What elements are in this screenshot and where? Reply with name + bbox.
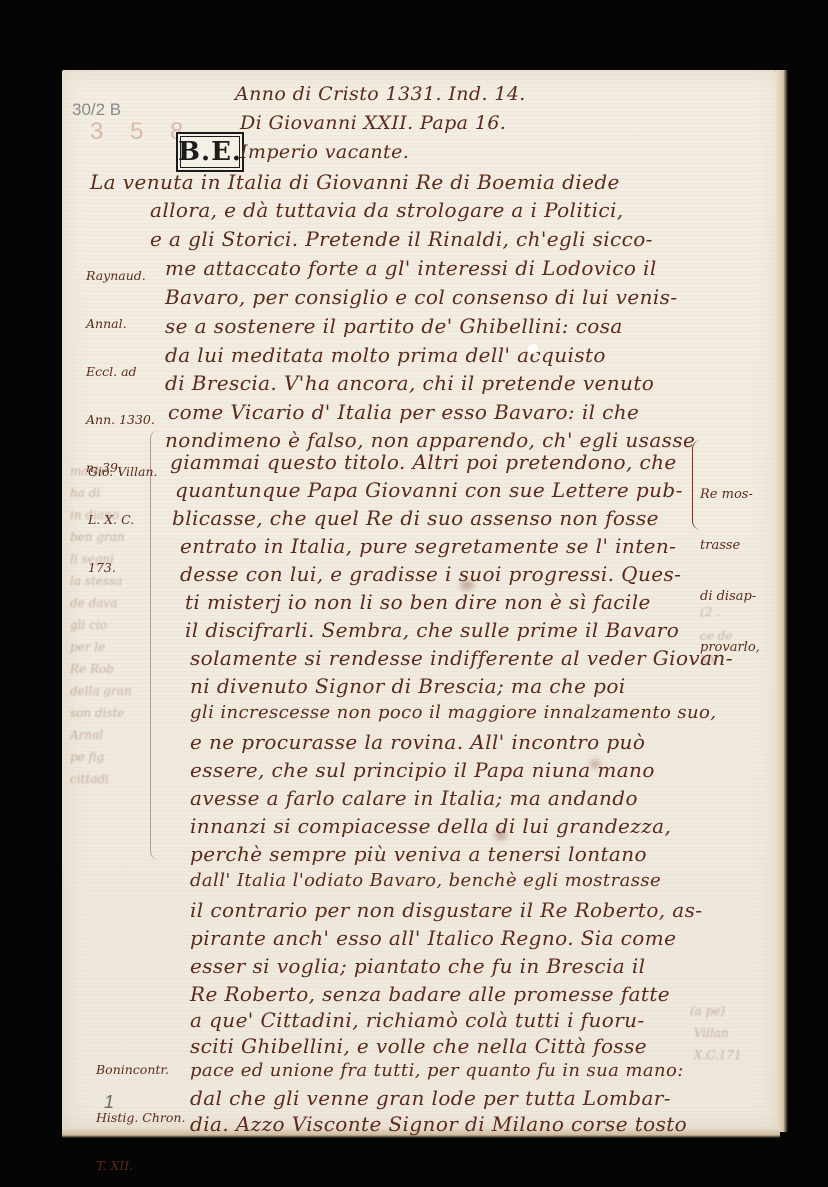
margin-note-line: Re mos- — [700, 486, 760, 503]
ink-blot — [590, 760, 600, 768]
body-line: innanzi si compiacesse della di lui gran… — [190, 814, 671, 838]
body-line: sciti Ghibellini, e volle che nella Citt… — [190, 1034, 647, 1058]
margin-note-line: provarlo, — [700, 639, 760, 656]
page-deckle-edge-right — [776, 70, 788, 1132]
body-line: ni divenuto Signor di Brescia; ma che po… — [190, 674, 626, 698]
body-line: desse con lui, e gradisse i suoi progres… — [180, 562, 681, 586]
body-line: e ne procurasse la rovina. All' incontro… — [190, 730, 645, 754]
margin-note-villani: Gio. Villan. L. X. C. 173. — [88, 432, 158, 592]
body-line: entrato in Italia, pure segretamente se … — [180, 534, 676, 558]
body-line: allora, e dà tuttavia da strologare a i … — [150, 198, 624, 222]
library-stamp: B.E. — [176, 132, 244, 172]
margin-note-line: Gio. Villan. — [88, 464, 158, 480]
body-line: se a sostenere il partito de' Ghibellini… — [165, 314, 623, 338]
body-line: da lui meditata molto prima dell' acquis… — [165, 343, 606, 367]
body-line: La venuta in Italia di Giovanni Re di Bo… — [90, 170, 620, 194]
margin-note-line: Annal. — [86, 316, 155, 332]
body-line: dia. Azzo Visconte Signor di Milano cors… — [190, 1112, 687, 1136]
body-line: a que' Cittadini, richiamò colà tutti i … — [190, 1008, 645, 1032]
margin-note-line: 173. — [88, 560, 158, 576]
body-line: essere, che sul principio il Papa niuna … — [190, 758, 655, 782]
bleed-through-bottom-right: (a pe) Villan X.C.171 — [690, 1000, 742, 1066]
folio-number: 1 — [104, 1092, 114, 1113]
margin-note-line: Bonincontr. — [96, 1062, 185, 1078]
header-pope: Di Giovanni XXII. Papa 16. — [240, 112, 506, 134]
margin-note-line: T. XII. — [96, 1158, 185, 1174]
body-line: blicasse, che quel Re di suo assenso non… — [172, 506, 659, 530]
margin-note-line: Eccl. ad — [86, 364, 155, 380]
body-line: il contrario per non disgustare il Re Ro… — [190, 898, 702, 922]
body-line: solamente si rendesse indifferente al ve… — [190, 646, 733, 670]
margin-note-line: L. X. C. — [88, 512, 158, 528]
body-line: Bavaro, per consiglio e col consenso di … — [165, 285, 677, 309]
body-line: di Brescia. V'ha ancora, chi il pretende… — [165, 371, 654, 395]
body-line: dall' Italia l'odiato Bavaro, benchè egl… — [190, 870, 661, 891]
body-line: gli increscesse non poco il maggiore inn… — [190, 702, 716, 723]
body-line: Re Roberto, senza badare alle promesse f… — [190, 982, 670, 1006]
margin-note-line: Ann. 1330. — [86, 412, 155, 428]
margin-bracket-left — [150, 430, 159, 860]
shelfmark-pencil: 30/2 B — [72, 100, 121, 120]
body-line: il discifrarli. Sembra, che sulle prime … — [185, 618, 679, 642]
margin-insert-right: Re mos- trasse di disap- provarlo, — [700, 452, 760, 673]
body-line: pace ed unione fra tutti, per quanto fu … — [190, 1060, 684, 1081]
body-line: giammai questo titolo. Altri poi pretend… — [170, 450, 677, 474]
body-line: quantunque Papa Giovanni con sue Lettere… — [175, 478, 683, 502]
body-line: dal che gli venne gran lode per tutta Lo… — [190, 1086, 671, 1110]
body-line: ti misterj io non li so ben dire non è s… — [185, 590, 651, 614]
paper-hole — [528, 344, 538, 354]
body-line: me attaccato forte a gl' interessi di Lo… — [165, 256, 657, 280]
body-line: esser si voglia; piantato che fu in Bres… — [190, 954, 645, 978]
ink-blot — [495, 830, 507, 840]
body-line: avesse a farlo calare in Italia; ma anda… — [190, 786, 638, 810]
body-line: e a gli Storici. Pretende il Rinaldi, ch… — [150, 227, 653, 251]
header-year: Anno di Cristo 1331. Ind. 14. — [235, 83, 526, 105]
margin-note-line: di disap- — [700, 588, 760, 605]
body-line: pirante anch' esso all' Italico Regno. S… — [190, 926, 676, 950]
ink-blot — [460, 580, 474, 590]
margin-note-line: Raynaud. — [86, 268, 155, 284]
header-empire: Imperio vacante. — [240, 141, 409, 163]
body-line: nondimeno è falso, non apparendo, ch' eg… — [165, 428, 695, 452]
body-line: perchè sempre più veniva a tenersi lonta… — [190, 842, 647, 866]
body-line: come Vicario d' Italia per esso Bavaro: … — [168, 400, 639, 424]
margin-note-line: trasse — [700, 537, 760, 554]
